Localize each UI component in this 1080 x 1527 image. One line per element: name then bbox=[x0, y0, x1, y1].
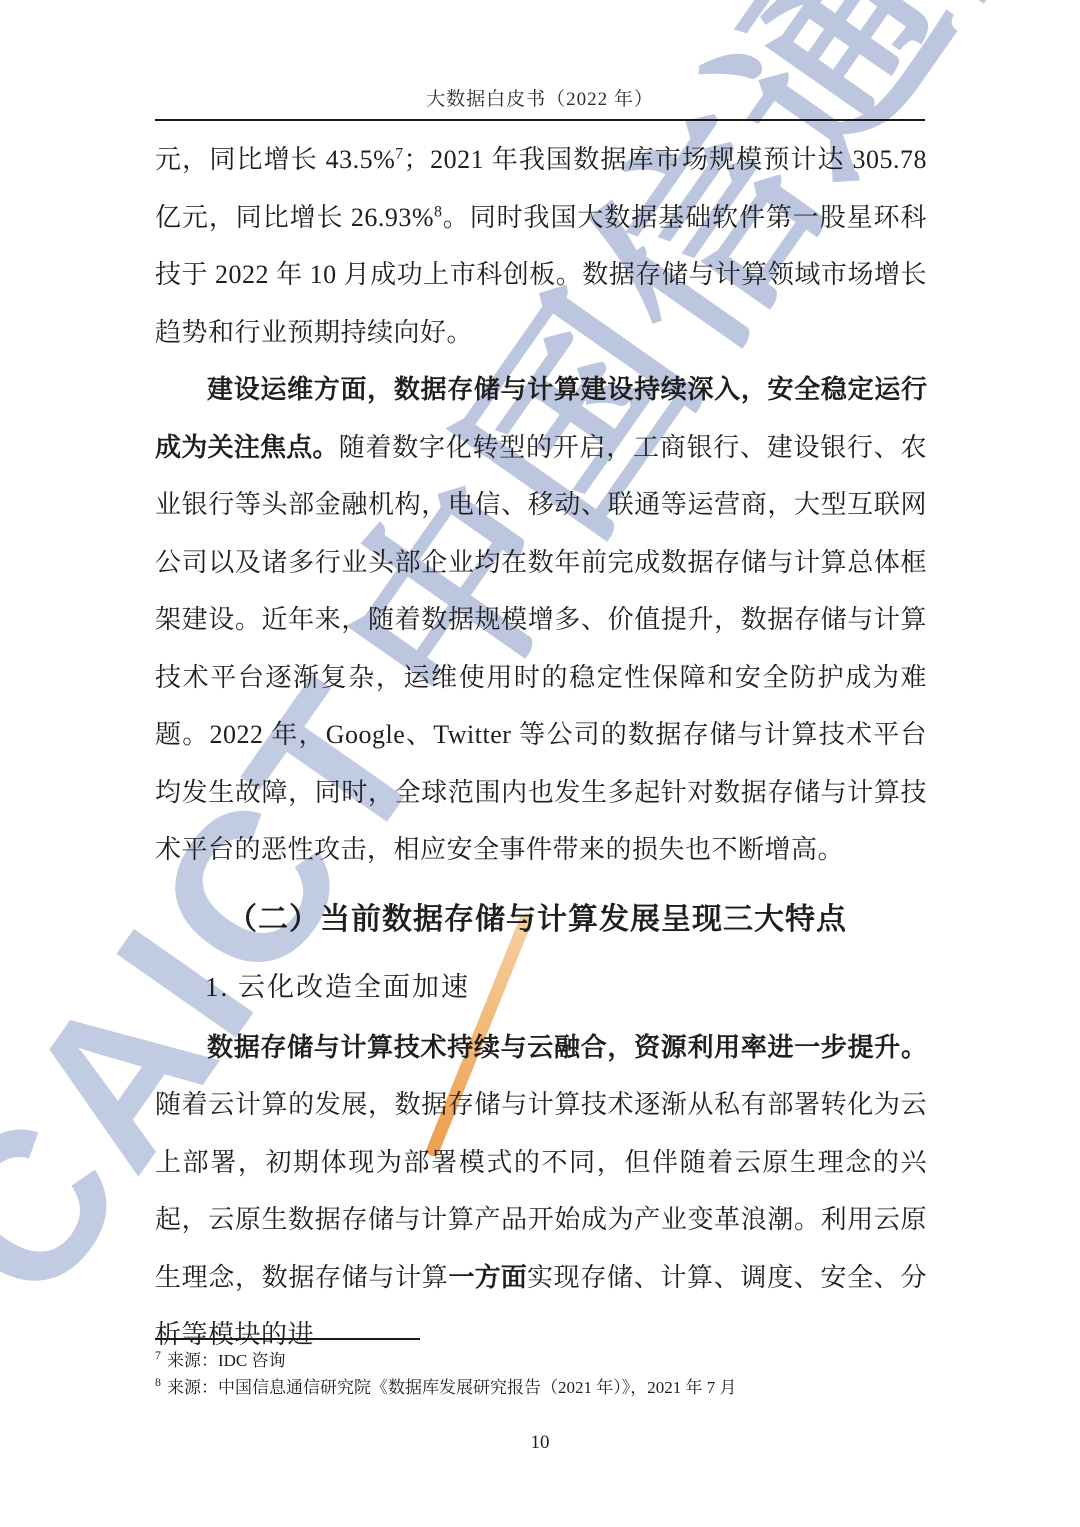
footnote-reference: 7 bbox=[395, 145, 403, 162]
footnote-number: 7 bbox=[155, 1348, 161, 1362]
footnotes-section: 7来源：IDC 咨询8来源：中国信息通信研究院《数据库发展研究报告（2021 年… bbox=[155, 1338, 927, 1401]
footnote-text: 来源：中国信息通信研究院《数据库发展研究报告（2021 年）》，2021 年 7… bbox=[167, 1378, 737, 1397]
footnote-list: 7来源：IDC 咨询8来源：中国信息通信研究院《数据库发展研究报告（2021 年… bbox=[155, 1347, 927, 1401]
paragraph: 建设运维方面，数据存储与计算建设持续深入，安全稳定运行成为关注焦点。随着数字化转… bbox=[155, 361, 927, 879]
footnote-number: 8 bbox=[155, 1375, 161, 1389]
section-heading: （二）当前数据存储与计算发展呈现三大特点 bbox=[155, 885, 927, 955]
footnote-separator bbox=[155, 1338, 420, 1340]
subsection-heading: 1. 云化改造全面加速 bbox=[155, 955, 927, 1019]
paragraph: 元，同比增长 43.5%7；2021 年我国数据库市场规模预计达 305.78 … bbox=[155, 131, 927, 361]
document-page: CAICT中国信通院 大数据白皮书（2022 年） 元，同比增长 43.5%7；… bbox=[0, 0, 1080, 1527]
bold-run: 数据存储与计算技术持续与云融合，资源利用率进一步提升。 bbox=[207, 1032, 927, 1062]
text-run: 随着数字化转型的开启，工商银行、建设银行、农业银行等头部金融机构，电信、移动、联… bbox=[155, 433, 927, 865]
footnote-text: 来源：IDC 咨询 bbox=[167, 1351, 286, 1370]
document-body: 元，同比增长 43.5%7；2021 年我国数据库市场规模预计达 305.78 … bbox=[155, 131, 927, 1364]
header-rule bbox=[155, 119, 925, 121]
text-run: 元，同比增长 43.5% bbox=[155, 145, 395, 174]
text-run: 随着云计算的发展，数据存储与计算技术逐渐从私有部署转化为云上部署，初期体现为部署… bbox=[155, 1090, 927, 1292]
bold-run: 一方面 bbox=[448, 1262, 527, 1292]
page-number: 10 bbox=[0, 1432, 1080, 1454]
page-header-title: 大数据白皮书（2022 年） bbox=[155, 84, 925, 111]
footnote: 7来源：IDC 咨询 bbox=[155, 1347, 927, 1374]
paragraph: 数据存储与计算技术持续与云融合，资源利用率进一步提升。随着云计算的发展，数据存储… bbox=[155, 1019, 927, 1364]
footnote: 8来源：中国信息通信研究院《数据库发展研究报告（2021 年）》，2021 年 … bbox=[155, 1374, 927, 1401]
